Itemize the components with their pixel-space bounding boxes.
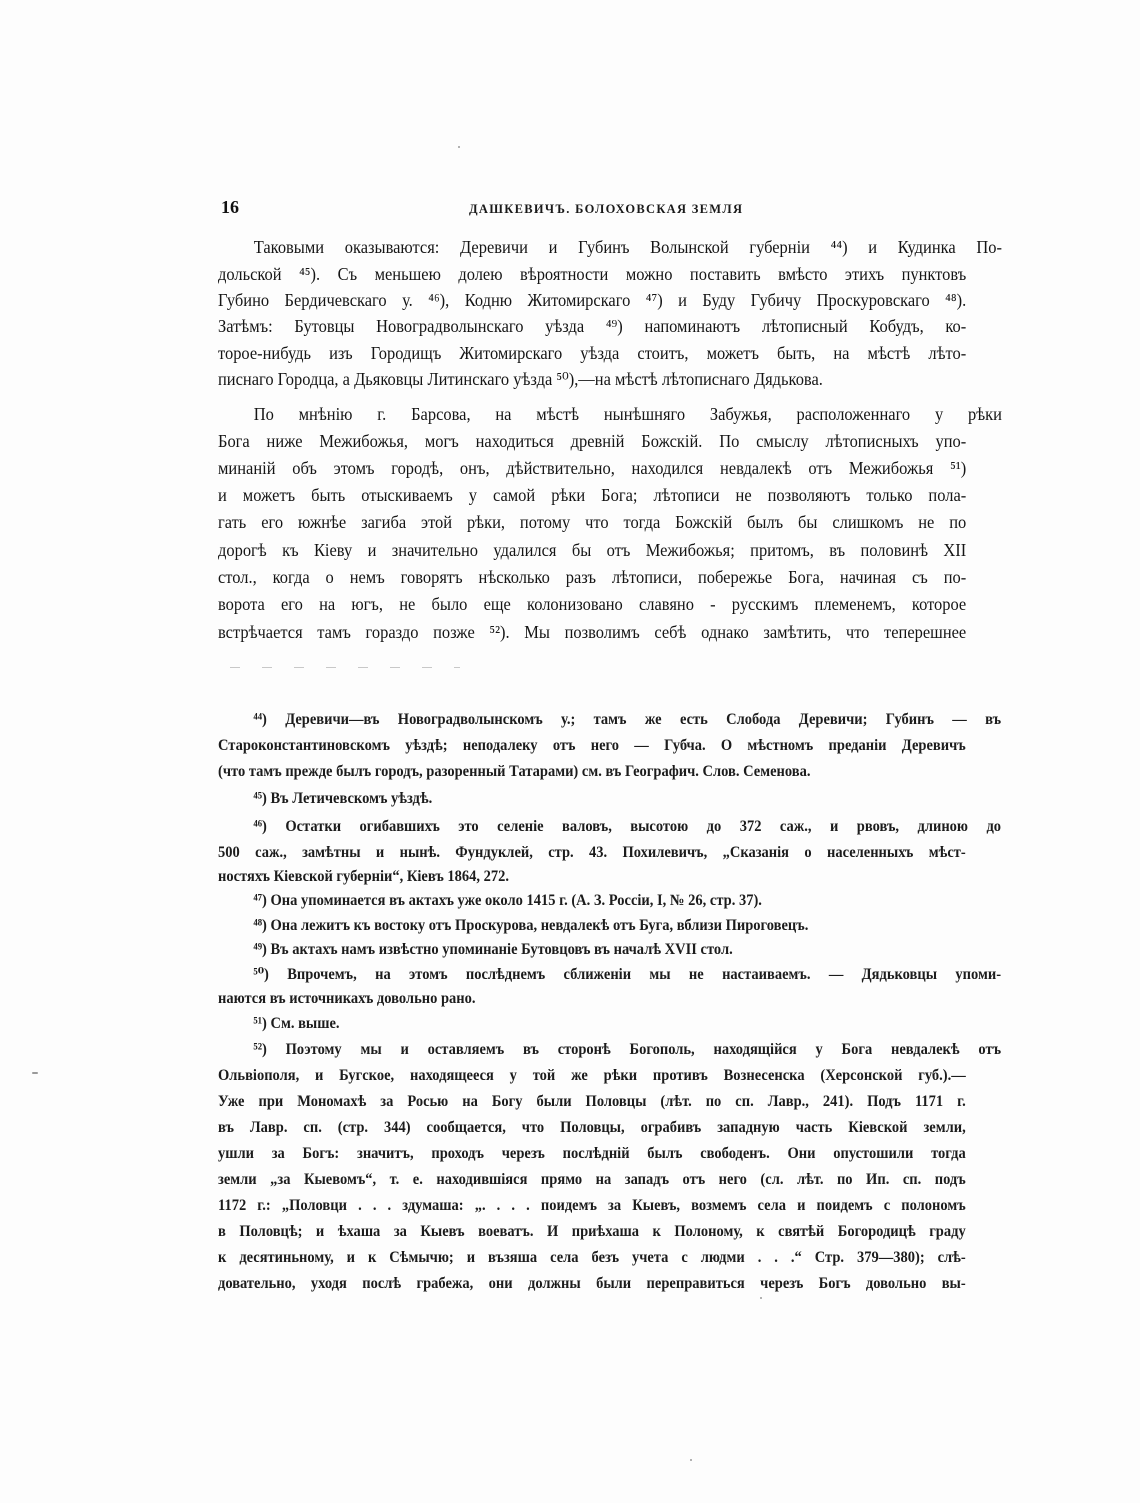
footnote-line: в Половцѣ; и ѣхаша за Кыевъ воеватъ. И п… xyxy=(218,1224,966,1240)
body-line: и можетъ быть отыскиваемъ у самой рѣки Б… xyxy=(218,487,966,505)
body-line: дорогѣ къ Кіеву и значительно удалился б… xyxy=(218,542,966,560)
footnote-line: довательно, уходя послѣ грабежа, они дол… xyxy=(218,1276,966,1292)
scanned-page: 16 ДАШКЕВИЧЪ. БОЛОХОВСКАЯ ЗЕМЛЯ Таковыми… xyxy=(0,0,1140,1503)
footnote-line: ⁵²) Поэтому мы и оставляемъ въ сторонѣ Б… xyxy=(218,1042,1001,1058)
footnote-line: к десятиньному, и к Сѣмычю; и възяша сел… xyxy=(218,1250,966,1266)
body-line: ворота его на югъ, не было еще колонизов… xyxy=(218,596,966,614)
footnote-line: земли „за Кыевомъ“, т. е. находившіяся п… xyxy=(218,1172,966,1188)
body-line: Таковыми оказываются: Деревичи и Губинъ … xyxy=(218,239,1002,257)
body-line: По мнѣнію г. Барсова, на мѣстѣ нынѣшняго… xyxy=(218,406,1002,424)
scan-speck xyxy=(690,1459,692,1461)
footnote-line: ⁴⁸) Она лежитъ къ востоку отъ Проскурова… xyxy=(218,918,1001,934)
body-line: встрѣчается тамъ гораздо позже ⁵²). Мы п… xyxy=(218,624,966,642)
footnote-line: ⁵⁰) Впрочемъ, на этомъ послѣднемъ сближе… xyxy=(218,967,1001,983)
footnote-line: (что тамъ прежде былъ городъ, разоренный… xyxy=(218,764,966,780)
footnote-line: Староконстантиновскомъ уѣздѣ; неподалеку… xyxy=(218,738,966,754)
footnote-line: ⁴⁹) Въ актахъ намъ извѣстно упоминаніе Б… xyxy=(218,942,1001,958)
footnote-line: ⁴⁵) Въ Летичевскомъ уѣздѣ. xyxy=(218,791,1001,807)
scan-speck xyxy=(760,1297,762,1299)
body-line: писнаго Городца, а Дьяковцы Литинскаго у… xyxy=(218,371,966,389)
footnote-line: ушли за Богъ: значитъ, проходъ черезъ по… xyxy=(218,1146,966,1162)
body-line: стол., когда о немъ говорятъ нѣсколько р… xyxy=(218,569,966,587)
footnote-line: ⁴⁴) Деревичи—въ Новоградволынскомъ у.; т… xyxy=(218,712,1001,728)
scan-speck xyxy=(458,146,460,148)
page-number: 16 xyxy=(221,197,239,218)
footnote-line: наются въ источникахъ довольно рано. xyxy=(218,991,966,1007)
footnote-line: ⁴⁷) Она упоминается въ актахъ уже около … xyxy=(218,893,1001,909)
body-line: торое-нибудь изъ Городищъ Житомирскаго у… xyxy=(218,345,966,363)
footnote-line: ностяхъ Кіевской губерніи“, Кіевъ 1864, … xyxy=(218,869,966,885)
body-line: Затѣмъ: Бутовцы Новоградволынскаго уѣзда… xyxy=(218,318,966,336)
body-line: минаній объ этомъ городѣ, онъ, дѣйствите… xyxy=(218,460,966,478)
running-title: ДАШКЕВИЧЪ. БОЛОХОВСКАЯ ЗЕМЛЯ xyxy=(469,202,743,217)
footnote-line: Ольвіополя, и Бугское, находящееся у той… xyxy=(218,1068,966,1084)
scan-speck xyxy=(32,1072,38,1074)
body-line: Губино Бердичевскаго у. ⁴⁶), Кодню Житом… xyxy=(218,292,966,310)
body-line: дольской ⁴⁵). Съ меньшею долею вѣроятнос… xyxy=(218,266,966,284)
footnote-line: ⁴⁶) Остатки огибавшихъ это селеніе валов… xyxy=(218,819,1001,835)
footnote-line: Уже при Мономахѣ за Росью на Богу были П… xyxy=(218,1094,966,1110)
footnote-line: 500 саж., замѣтны и нынѣ. Фундуклей, стр… xyxy=(218,845,966,861)
footnote-line: ⁵¹) См. выше. xyxy=(218,1016,1001,1032)
footnote-line: 1172 г.: „Половци . . . здумаша: „. . . … xyxy=(218,1198,966,1214)
body-line: гать его южнѣе загиба этой рѣки, потому … xyxy=(218,514,966,532)
footnote-line: въ Лавр. сп. (стр. 344) сообщается, что … xyxy=(218,1120,966,1136)
footnote-separator xyxy=(230,667,460,668)
body-line: Бога ниже Межибожья, могъ находиться дре… xyxy=(218,433,966,451)
